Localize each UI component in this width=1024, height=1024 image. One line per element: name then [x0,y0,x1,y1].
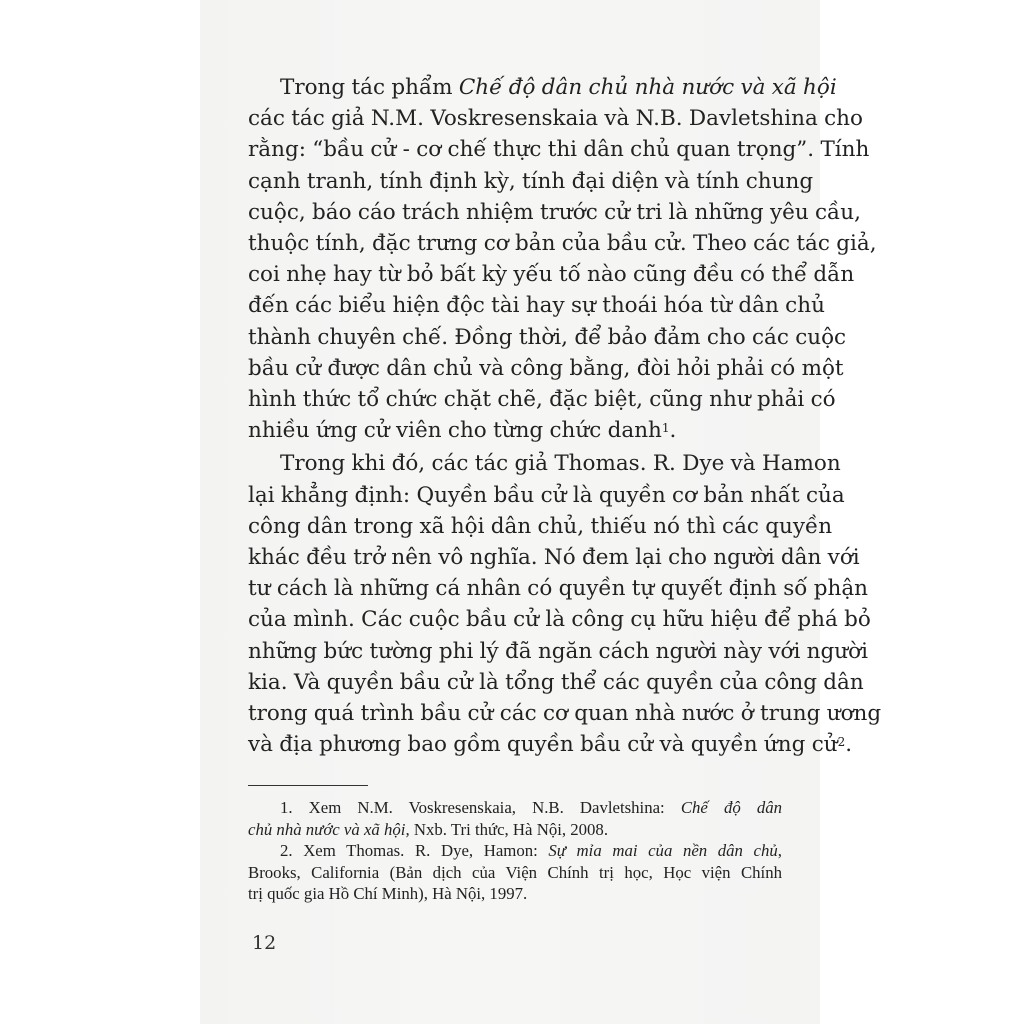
text-line: những bức tường phi lý đã ngăn cách ngườ… [248,636,782,667]
text-line: Trong tác phẩm Chế độ dân chủ nhà nước v… [248,72,782,103]
book-title: Chế độ dân chủ nhà nước và xã hội [459,75,837,100]
text-line: trong quá trình bầu cử các cơ quan nhà n… [248,698,782,729]
text-line: kia. Và quyền bầu cử là tổng thể các quy… [248,667,782,698]
footnote-line: Brooks, California (Bản dịch của Viện Ch… [248,862,782,884]
text-line: coi nhẹ hay từ bỏ bất kỳ yếu tố nào cũng… [248,259,782,290]
paragraph-2: Trong khi đó, các tác giả Thomas. R. Dye… [248,448,782,760]
text-line: Trong khi đó, các tác giả Thomas. R. Dye… [248,448,782,479]
text-line: bầu cử được dân chủ và công bằng, đòi hỏ… [248,353,782,384]
text-line: hình thức tổ chức chặt chẽ, đặc biệt, cũ… [248,384,782,415]
footnote-ref-2[interactable]: 2 [838,735,846,749]
body-text: Trong tác phẩm Chế độ dân chủ nhà nước v… [248,72,782,760]
footnote-ref-1[interactable]: 1 [662,421,670,435]
text-line: rằng: “bầu cử - cơ chế thực thi dân chủ … [248,134,782,165]
text-line: tư cách là những cá nhân có quyền tự quy… [248,573,782,604]
footnote-divider [248,785,368,786]
text-line: cạnh tranh, tính định kỳ, tính đại diện … [248,166,782,197]
footnotes: 1. Xem N.M. Voskresenskaia, N.B. Davlets… [248,797,782,905]
footnote-line: chủ nhà nước và xã hội, Nxb. Tri thức, H… [248,819,782,841]
text-line: và địa phương bao gồm quyền bầu cử và qu… [248,729,782,760]
paragraph-1: Trong tác phẩm Chế độ dân chủ nhà nước v… [248,72,782,446]
text-line: công dân trong xã hội dân chủ, thiếu nó … [248,511,782,542]
footnote-2: 2. Xem Thomas. R. Dye, Hamon: Sự mỉa mai… [248,840,782,905]
footnote-line: 2. Xem Thomas. R. Dye, Hamon: Sự mỉa mai… [248,840,782,862]
text-line: lại khẳng định: Quyền bầu cử là quyền cơ… [248,480,782,511]
text-line: khác đều trở nên vô nghĩa. Nó đem lại ch… [248,542,782,573]
text-line: nhiều ứng cử viên cho từng chức danh1. [248,415,782,446]
footnote-line: trị quốc gia Hồ Chí Minh), Hà Nội, 1997. [248,883,782,905]
text-line: thành chuyên chế. Đồng thời, để bảo đảm … [248,322,782,353]
text-line: đến các biểu hiện độc tài hay sự thoái h… [248,290,782,321]
text-line: thuộc tính, đặc trưng cơ bản của bầu cử.… [248,228,782,259]
page-number: 12 [252,932,276,954]
footnote-1: 1. Xem N.M. Voskresenskaia, N.B. Davlets… [248,797,782,840]
text-line: của mình. Các cuộc bầu cử là công cụ hữu… [248,604,782,635]
text-line: các tác giả N.M. Voskresenskaia và N.B. … [248,103,782,134]
text-line: cuộc, báo cáo trách nhiệm trước cử tri l… [248,197,782,228]
footnote-line: 1. Xem N.M. Voskresenskaia, N.B. Davlets… [248,797,782,819]
book-page: Trong tác phẩm Chế độ dân chủ nhà nước v… [200,0,820,1024]
